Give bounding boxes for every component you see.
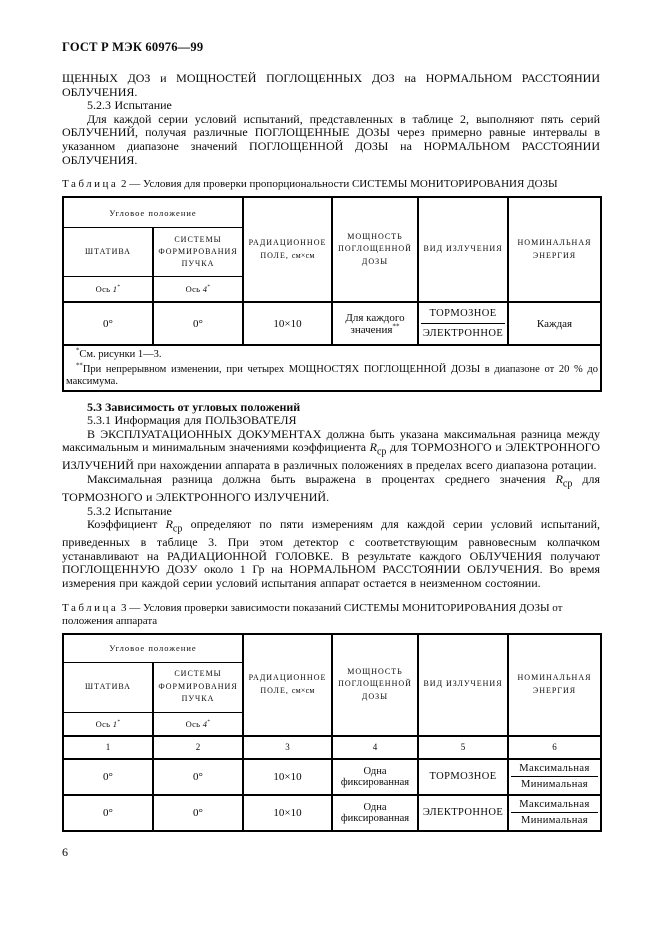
table2-header-nominal-energy: НОМИНАЛЬНАЯ ЭНЕРГИЯ	[508, 197, 601, 302]
table3-colnum-3: 3	[243, 736, 332, 759]
table3-colnum-4: 4	[332, 736, 418, 759]
table2-cell-tripod-angle: 0°	[63, 302, 153, 345]
table3-row1-field: 10×10	[243, 759, 332, 795]
axis-footnote-mark: *	[207, 284, 210, 290]
table3-header-radiation-field: РАДИАЦИОННОЕ ПОЛЕ, см×см	[243, 634, 332, 736]
table3-row1-energy-min: Минимальная	[511, 776, 598, 793]
table3-header-radiation-field-name: РАДИАЦИОННОЕ ПОЛЕ,	[249, 673, 327, 694]
table3-header-angular-position: Угловое положение	[63, 634, 243, 663]
table3-header-dose-rate: МОЩНОСТЬ ПОГЛОЩЕННОЙ ДОЗЫ	[332, 634, 418, 736]
table3-header-tripod: ШТАТИВА	[63, 662, 153, 712]
table2-footnote-row: *См. рисунки 1—3. **При непрерывном изме…	[63, 345, 601, 391]
paragraph-5-3-1-b: Максимальная разница должна быть выражен…	[62, 473, 600, 505]
axis-word: Ось	[186, 284, 203, 294]
table3-row2-beam-angle: 0°	[153, 795, 243, 831]
table2-cell-beam-angle: 0°	[153, 302, 243, 345]
axis-word: Ось	[186, 719, 203, 729]
table2-header-beam-forming-system: СИСТЕМЫ ФОРМИРОВАНИЯ ПУЧКА	[153, 228, 243, 277]
table2-cell-field: 10×10	[243, 302, 332, 345]
coefficient-subscript: ср	[377, 447, 386, 458]
footnote-mark: **	[76, 362, 83, 369]
paragraph-5-3-1-a: В ЭКСПЛУАТАЦИОННЫХ ДОКУМЕНТАХ должна быт…	[62, 428, 600, 473]
table3-colnum-1: 1	[63, 736, 153, 759]
table2-data-row: 0° 0° 10×10 Для каждого значения** ТОРМО…	[63, 302, 601, 345]
table-3: Угловое положение РАДИАЦИОННОЕ ПОЛЕ, см×…	[62, 633, 602, 832]
table3-colnum-2: 2	[153, 736, 243, 759]
table2-cell-dose-rate: Для каждого значения**	[332, 302, 418, 345]
table3-colnum-5: 5	[418, 736, 508, 759]
table2-cell-energy: Каждая	[508, 302, 601, 345]
table2-caption-number: 2	[121, 178, 127, 190]
table2-header-tripod: ШТАТИВА	[63, 228, 153, 277]
table2-cell-radiation-bremsstrahlung: ТОРМОЗНОЕ	[421, 304, 505, 323]
heading-5-3-1: 5.3.1 Информация для ПОЛЬЗОВАТЕЛЯ	[62, 414, 600, 428]
heading-5-2-3: 5.2.3 Испытание	[62, 99, 600, 113]
table2-footnotes: *См. рисунки 1—3. **При непрерывном изме…	[63, 345, 601, 391]
table2-header-angular-position: Угловое положение	[63, 197, 243, 228]
table3-row1-beam-angle: 0°	[153, 759, 243, 795]
axis-footnote-mark: *	[207, 719, 210, 725]
paragraph-continuation: ЩЕННЫХ ДОЗ и МОЩНОСТЕЙ ПОГЛОЩЕННЫХ ДОЗ н…	[62, 72, 600, 99]
table2-header-radiation-field: РАДИАЦИОННОЕ ПОЛЕ, см×см	[243, 197, 332, 302]
dose-rate-footnote-mark: **	[392, 322, 399, 330]
table3-row1-radiation: ТОРМОЗНОЕ	[418, 759, 508, 795]
table3-row1-energy: Максимальная Минимальная	[508, 759, 601, 795]
coefficient-subscript: ср	[173, 524, 182, 535]
table3-row2-radiation: ЭЛЕКТРОННОЕ	[418, 795, 508, 831]
table3-data-row-1: 0° 0° 10×10 Одна фиксированная ТОРМОЗНОЕ…	[63, 759, 601, 795]
table3-caption-word: Таблица	[62, 602, 118, 614]
table3-row2-tripod-angle: 0°	[63, 795, 153, 831]
table3-colnum-6: 6	[508, 736, 601, 759]
table3-caption: Таблица 3 — Условия проверки зависимости…	[62, 602, 600, 628]
coefficient-symbol: R	[370, 440, 377, 454]
footnote-text: См. рисунки 1—3.	[79, 349, 161, 360]
coefficient-subscript: ср	[563, 478, 572, 489]
table2-group-header-row: Угловое положение РАДИАЦИОННОЕ ПОЛЕ, см×…	[63, 197, 601, 228]
paragraph-5-2-3: Для каждой серии условий испытаний, пред…	[62, 113, 600, 167]
table-2: Угловое положение РАДИАЦИОННОЕ ПОЛЕ, см×…	[62, 196, 602, 392]
table3-row2-field: 10×10	[243, 795, 332, 831]
paragraph-segment: Коэффициент	[87, 517, 166, 531]
table3-data-row-2: 0° 0° 10×10 Одна фиксированная ЭЛЕКТРОНН…	[63, 795, 601, 831]
table3-header-radiation-type: ВИД ИЗЛУЧЕНИЯ	[418, 634, 508, 736]
paragraph-segment: Максимальная разница должна быть выражен…	[87, 472, 556, 486]
table2-axis-1: Ось 1*	[63, 277, 153, 303]
table2-cell-radiation-type: ТОРМОЗНОЕ ЭЛЕКТРОННОЕ	[418, 302, 508, 345]
coefficient-symbol: R	[556, 472, 563, 486]
axis-word: Ось	[96, 284, 113, 294]
axis-footnote-mark: *	[117, 719, 120, 725]
table3-row2-energy-max: Максимальная	[511, 797, 598, 813]
table3-caption-number: 3	[121, 602, 127, 614]
table2-caption-text: — Условия для проверки пропорциональност…	[129, 178, 557, 190]
table2-header-radiation-type: ВИД ИЗЛУЧЕНИЯ	[418, 197, 508, 302]
axis-footnote-mark: *	[117, 284, 120, 290]
table3-caption-text: — Условия проверки зависимости показаний…	[62, 602, 562, 627]
table3-axis-4: Ось 4*	[153, 712, 243, 736]
footnote-text: При непрерывном изменении, при четырех М…	[66, 364, 598, 388]
table2-header-radiation-field-unit: см×см	[292, 251, 315, 260]
heading-5-3-2: 5.3.2 Испытание	[62, 505, 600, 519]
document-page: ГОСТ Р МЭК 60976—99 ЩЕННЫХ ДОЗ и МОЩНОСТ…	[0, 0, 661, 936]
table3-header-radiation-field-unit: см×см	[292, 686, 315, 695]
table3-row2-energy: Максимальная Минимальная	[508, 795, 601, 831]
table3-row1-tripod-angle: 0°	[63, 759, 153, 795]
table3-row1-dose-rate: Одна фиксированная	[332, 759, 418, 795]
table3-column-number-row: 1 2 3 4 5 6	[63, 736, 601, 759]
table2-footnote-2: **При непрерывном изменении, при четырех…	[66, 364, 598, 389]
heading-5-3: 5.3 Зависимость от угловых положений	[62, 401, 600, 415]
table2-axis-4: Ось 4*	[153, 277, 243, 303]
table3-row2-dose-rate: Одна фиксированная	[332, 795, 418, 831]
table2-cell-radiation-electron: ЭЛЕКТРОННОЕ	[421, 323, 505, 343]
table3-row2-energy-min: Минимальная	[511, 812, 598, 829]
table3-axis-1: Ось 1*	[63, 712, 153, 736]
table3-header-nominal-energy: НОМИНАЛЬНАЯ ЭНЕРГИЯ	[508, 634, 601, 736]
paragraph-5-3-2: Коэффициент Rср определяют по пяти измер…	[62, 518, 600, 590]
table2-caption-word: Таблица	[62, 178, 118, 190]
table3-group-header-row: Угловое положение РАДИАЦИОННОЕ ПОЛЕ, см×…	[63, 634, 601, 663]
table3-header-beam-forming-system: СИСТЕМЫ ФОРМИРОВАНИЯ ПУЧКА	[153, 662, 243, 712]
coefficient-symbol: R	[166, 517, 173, 531]
table2-footnote-1: *См. рисунки 1—3.	[66, 349, 598, 362]
axis-word: Ось	[96, 719, 113, 729]
page-number: 6	[62, 845, 600, 860]
table2-header-radiation-field-name: РАДИАЦИОННОЕ ПОЛЕ,	[249, 238, 327, 259]
table2-caption: Таблица 2 — Условия для проверки пропорц…	[62, 178, 600, 191]
table3-row1-energy-max: Максимальная	[511, 761, 598, 777]
document-header: ГОСТ Р МЭК 60976—99	[62, 40, 600, 55]
table2-header-dose-rate: МОЩНОСТЬ ПОГЛОЩЕННОЙ ДОЗЫ	[332, 197, 418, 302]
